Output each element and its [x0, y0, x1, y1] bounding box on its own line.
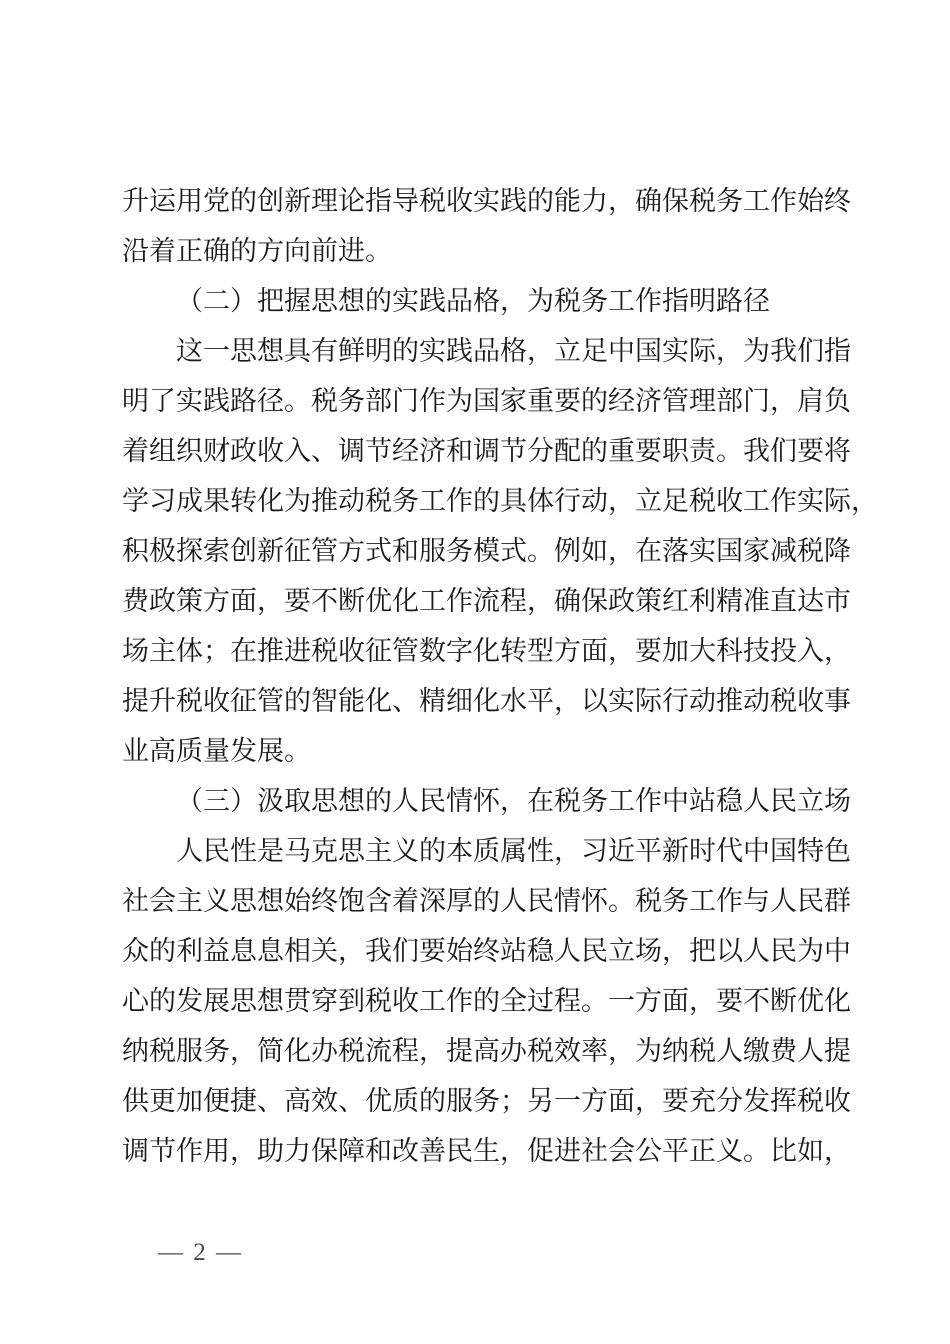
text-line: 纳税服务，简化办税流程，提高办税效率，为纳税人缴费人提 [122, 1026, 854, 1076]
text-line: 供更加便捷、高效、优质的服务；另一方面，要充分发挥税收 [122, 1076, 854, 1126]
text-line: 学习成果转化为推动税务工作的具体行动，立足税收工作实际， [122, 476, 854, 526]
text-line: 业高质量发展。 [122, 726, 854, 776]
text-line: 积极探索创新征管方式和服务模式。例如，在落实国家减税降 [122, 526, 854, 576]
text-line: 心的发展思想贯穿到税收工作的全过程。一方面，要不断优化 [122, 976, 854, 1026]
document-page: 升运用党的创新理论指导税收实践的能力，确保税务工作始终沿着正确的方向前进。（二）… [0, 0, 950, 1344]
page-footer: — 2 — [158, 1236, 243, 1270]
document-body: 升运用党的创新理论指导税收实践的能力，确保税务工作始终沿着正确的方向前进。（二）… [122, 176, 854, 1176]
text-line: 明了实践路径。税务部门作为国家重要的经济管理部门，肩负 [122, 376, 854, 426]
text-line: 提升税收征管的智能化、精细化水平，以实际行动推动税收事 [122, 676, 854, 726]
text-line: 着组织财政收入、调节经济和调节分配的重要职责。我们要将 [122, 426, 854, 476]
text-line: 调节作用，助力保障和改善民生，促进社会公平正义。比如， [122, 1126, 854, 1176]
section-heading: （三）汲取思想的人民情怀，在税务工作中站稳人民立场 [122, 776, 854, 826]
text-line: 费政策方面，要不断优化工作流程，确保政策红利精准直达市 [122, 576, 854, 626]
page-number: — 2 — [158, 1239, 243, 1266]
text-line: 升运用党的创新理论指导税收实践的能力，确保税务工作始终 [122, 176, 854, 226]
text-line: 场主体；在推进税收征管数字化转型方面，要加大科技投入， [122, 626, 854, 676]
text-line: 人民性是马克思主义的本质属性，习近平新时代中国特色 [122, 826, 854, 876]
text-line: 众的利益息息相关，我们要始终站稳人民立场，把以人民为中 [122, 926, 854, 976]
text-line: 社会主义思想始终饱含着深厚的人民情怀。税务工作与人民群 [122, 876, 854, 926]
text-line: 沿着正确的方向前进。 [122, 226, 854, 276]
section-heading: （二）把握思想的实践品格，为税务工作指明路径 [122, 276, 854, 326]
text-line: 这一思想具有鲜明的实践品格，立足中国实际，为我们指 [122, 326, 854, 376]
